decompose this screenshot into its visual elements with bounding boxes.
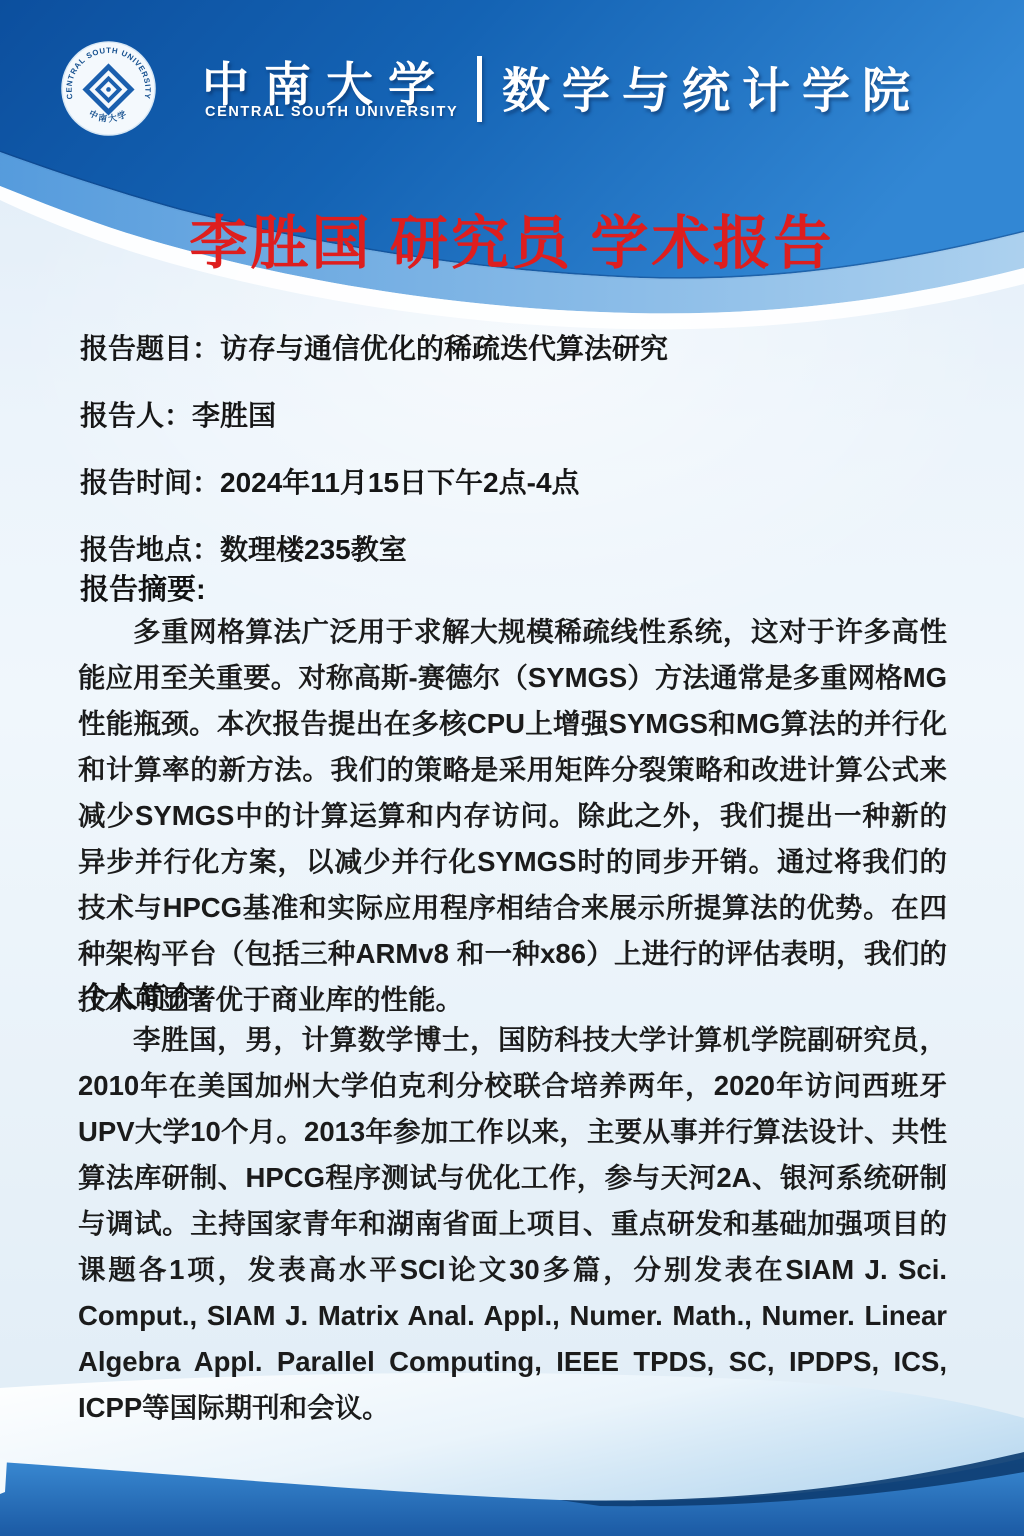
detail-value: 2024年11月15日下午2点-4点: [220, 467, 580, 498]
detail-value: 访存与通信优化的稀疏迭代算法研究: [220, 333, 668, 364]
university-name-en: CENTRAL SOUTH UNIVERSITY: [205, 104, 475, 120]
school-name: 数学与统计学院: [502, 52, 972, 121]
bio-heading: 个人简介：: [80, 975, 225, 1016]
detail-label: 报告人：: [80, 400, 192, 431]
university-seal-icon: CENTRAL SOUTH UNIVERSITY 中南大学: [60, 40, 157, 137]
header-divider: [477, 56, 482, 122]
detail-label: 报告地点：: [80, 534, 220, 565]
detail-row-speaker: 报告人：李胜国: [80, 394, 668, 434]
abstract-paragraph: 多重网格算法广泛用于求解大规模稀疏线性系统，这对于许多高性能应用至关重要。对称高…: [78, 609, 947, 1023]
detail-row-time: 报告时间：2024年11月15日下午2点-4点: [80, 461, 668, 501]
poster-page: CENTRAL SOUTH UNIVERSITY 中南大学 中南大学 CENTR…: [0, 0, 1024, 1536]
detail-label: 报告时间：: [80, 467, 220, 498]
header-logo-row: CENTRAL SOUTH UNIVERSITY 中南大学 中南大学 CENTR…: [0, 0, 1024, 160]
bio-paragraph: 李胜国，男，计算数学博士，国防科技大学计算机学院副研究员，2010年在美国加州大…: [78, 1017, 947, 1431]
talk-details: 报告题目：访存与通信优化的稀疏迭代算法研究 报告人：李胜国 报告时间：2024年…: [80, 327, 668, 595]
detail-label: 报告题目：: [80, 333, 220, 364]
detail-row-location: 报告地点：数理楼235教室: [80, 528, 668, 568]
detail-value: 数理楼235教室: [220, 534, 407, 565]
poster-title: 李胜国 研究员 学术报告: [0, 196, 1024, 280]
detail-row-topic: 报告题目：访存与通信优化的稀疏迭代算法研究: [80, 327, 668, 367]
detail-value: 李胜国: [192, 400, 276, 431]
abstract-heading: 报告摘要:: [80, 567, 206, 608]
